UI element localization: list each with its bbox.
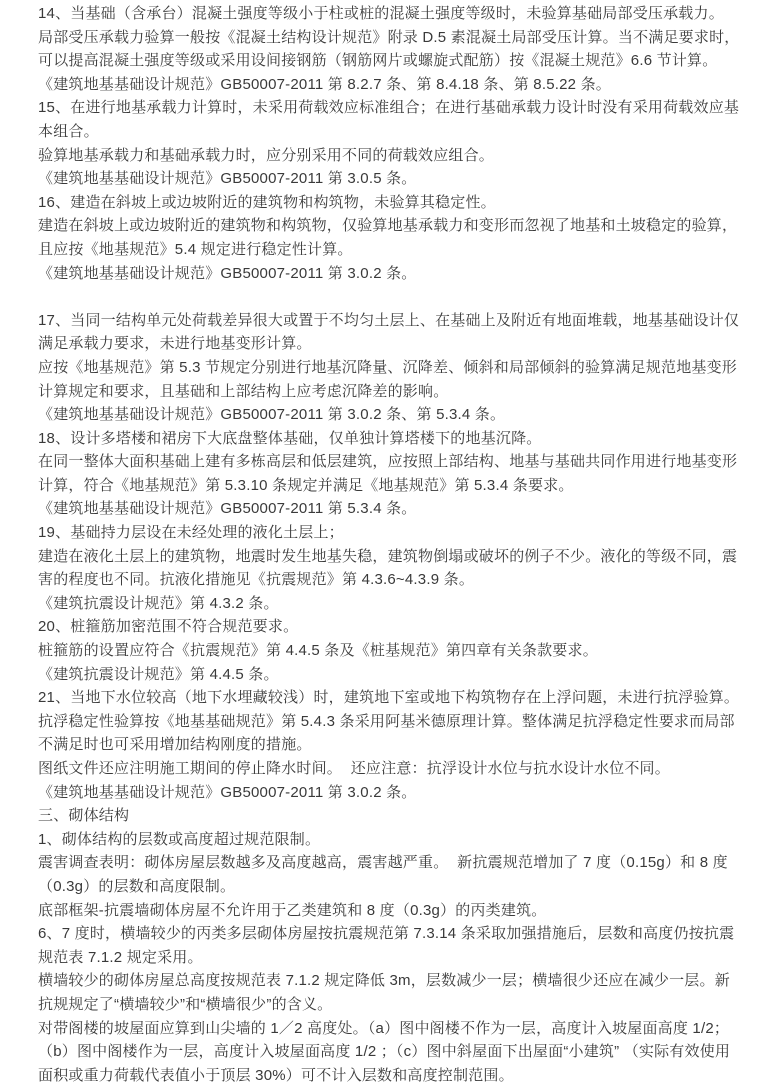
paragraph: 局部受压承载力验算一般按《混凝土结构设计规范》附录 D.5 素混凝土局部受压计算… bbox=[38, 26, 742, 73]
paragraph: 21、当地下水位较高（地下水埋藏较浅）时，建筑地下室或地下构筑物存在上浮问题，未… bbox=[38, 686, 742, 710]
paragraph: 验算地基承载力和基础承载力时，应分别采用不同的荷载效应组合。 bbox=[38, 144, 742, 168]
paragraph: 1、砌体结构的层数或高度超过规范限制。 bbox=[38, 828, 742, 852]
document-body: 14、当基础（含承台）混凝土强度等级小于柱或桩的混凝土强度等级时，未验算基础局部… bbox=[38, 2, 742, 1087]
paragraph: 《建筑地基基础设计规范》GB50007-2011 第 3.0.5 条。 bbox=[38, 167, 742, 191]
paragraph: 三、砌体结构 bbox=[38, 804, 742, 828]
paragraph: 应按《地基规范》第 5.3 节规定分别进行地基沉降量、沉降差、倾斜和局部倾斜的验… bbox=[38, 356, 742, 403]
paragraph: 在同一整体大面积基础上建有多栋高层和低层建筑，应按照上部结构、地基与基础共同作用… bbox=[38, 450, 742, 497]
paragraph: 《建筑抗震设计规范》第 4.3.2 条。 bbox=[38, 592, 742, 616]
paragraph: 《建筑地基基础设计规范》GB50007-2011 第 3.0.2 条。 bbox=[38, 781, 742, 805]
paragraph: 16、建造在斜坡上或边坡附近的建筑物和构筑物，未验算其稳定性。 bbox=[38, 191, 742, 215]
paragraph: 17、当同一结构单元处荷载差异很大或置于不均匀土层上、在基础上及附近有地面堆载，… bbox=[38, 309, 742, 356]
paragraph: 《建筑地基基础设计规范》GB50007-2011 第 3.0.2 条。 bbox=[38, 262, 742, 286]
paragraph: 震害调查表明：砌体房屋层数越多及高度越高，震害越严重。 新抗震规范增加了 7 度… bbox=[38, 851, 742, 898]
paragraph: 底部框架-抗震墙砌体房屋不允许用于乙类建筑和 8 度（0.3g）的丙类建筑。 bbox=[38, 899, 742, 923]
paragraph: 图纸文件还应注明施工期间的停止降水时间。 还应注意：抗浮设计水位与抗水设计水位不… bbox=[38, 757, 742, 781]
paragraph: 6、7 度时，横墙较少的丙类多层砌体房屋按抗震规范第 7.3.14 条采取加强措… bbox=[38, 922, 742, 969]
paragraph: 《建筑地基基础设计规范》GB50007-2011 第 5.3.4 条。 bbox=[38, 497, 742, 521]
paragraph: 19、基础持力层设在未经处理的液化土层上； bbox=[38, 521, 742, 545]
paragraph: 桩箍筋的设置应符合《抗震规范》第 4.4.5 条及《桩基规范》第四章有关条款要求… bbox=[38, 639, 742, 663]
paragraph: 对带阁楼的坡屋面应算到山尖墙的 1／2 高度处。（a）图中阁楼不作为一层，高度计… bbox=[38, 1017, 742, 1088]
paragraph: 建造在液化土层上的建筑物，地震时发生地基失稳，建筑物倒塌或破坏的例子不少。液化的… bbox=[38, 545, 742, 592]
document-page: 14、当基础（含承台）混凝土强度等级小于柱或桩的混凝土强度等级时，未验算基础局部… bbox=[0, 0, 772, 1092]
paragraph: 《建筑地基基础设计规范》GB50007-2011 第 3.0.2 条、第 5.3… bbox=[38, 403, 742, 427]
paragraph: 横墙较少的砌体房屋总高度按规范表 7.1.2 规定降低 3m，层数减少一层；横墙… bbox=[38, 969, 742, 1016]
paragraph: 18、设计多塔楼和裙房下大底盘整体基础，仅单独计算塔楼下的地基沉降。 bbox=[38, 427, 742, 451]
paragraph: 20、桩箍筋加密范围不符合规范要求。 bbox=[38, 615, 742, 639]
paragraph: 建造在斜坡上或边坡附近的建筑物和构筑物，仅验算地基承载力和变形而忽视了地基和土坡… bbox=[38, 214, 742, 261]
paragraph: 《建筑地基基础设计规范》GB50007-2011 第 8.2.7 条、第 8.4… bbox=[38, 73, 742, 97]
paragraph: 14、当基础（含承台）混凝土强度等级小于柱或桩的混凝土强度等级时，未验算基础局部… bbox=[38, 2, 742, 26]
paragraph: 《建筑抗震设计规范》第 4.4.5 条。 bbox=[38, 663, 742, 687]
paragraph: 抗浮稳定性验算按《地基基础规范》第 5.4.3 条采用阿基米德原理计算。整体满足… bbox=[38, 710, 742, 757]
paragraph bbox=[38, 285, 742, 309]
paragraph: 15、在进行地基承载力计算时，未采用荷载效应标准组合；在进行基础承载力设计时没有… bbox=[38, 96, 742, 143]
